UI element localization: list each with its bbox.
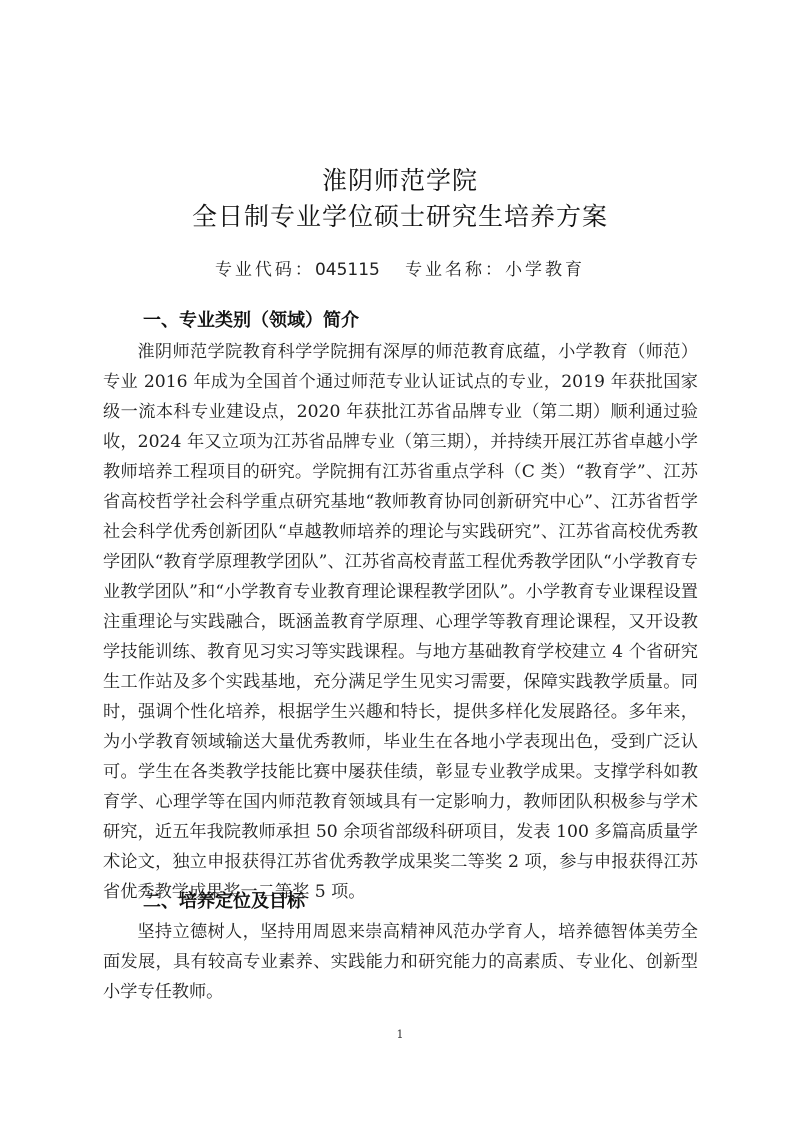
section-heading-objectives: 二、培养定位及目标 [143, 887, 305, 913]
major-name-label: 专业名称： [405, 260, 505, 280]
major-code-label: 专业代码： [215, 260, 315, 280]
document-title-institution: 淮阴师范学院 [0, 161, 800, 197]
major-code: 045115 [315, 260, 380, 280]
major-name: 小学教育 [505, 260, 585, 280]
section-body-objectives: 坚持立德树人，坚持用周恩来崇高精神风范办学育人，培养德智体美劳全面发展，具有较高… [103, 917, 698, 1007]
section-heading-introduction: 一、专业类别（领域）简介 [143, 306, 359, 332]
page-number: 1 [0, 1028, 800, 1041]
document-page: 淮阴师范学院 全日制专业学位硕士研究生培养方案 专业代码：045115 专业名称… [0, 0, 800, 1132]
section-body-introduction: 淮阴师范学院教育科学学院拥有深厚的师范教育底蕴，小学教育（师范）专业 2016 … [103, 337, 698, 907]
major-info: 专业代码：045115 专业名称：小学教育 [0, 255, 800, 280]
document-title-program: 全日制专业学位硕士研究生培养方案 [0, 197, 800, 233]
